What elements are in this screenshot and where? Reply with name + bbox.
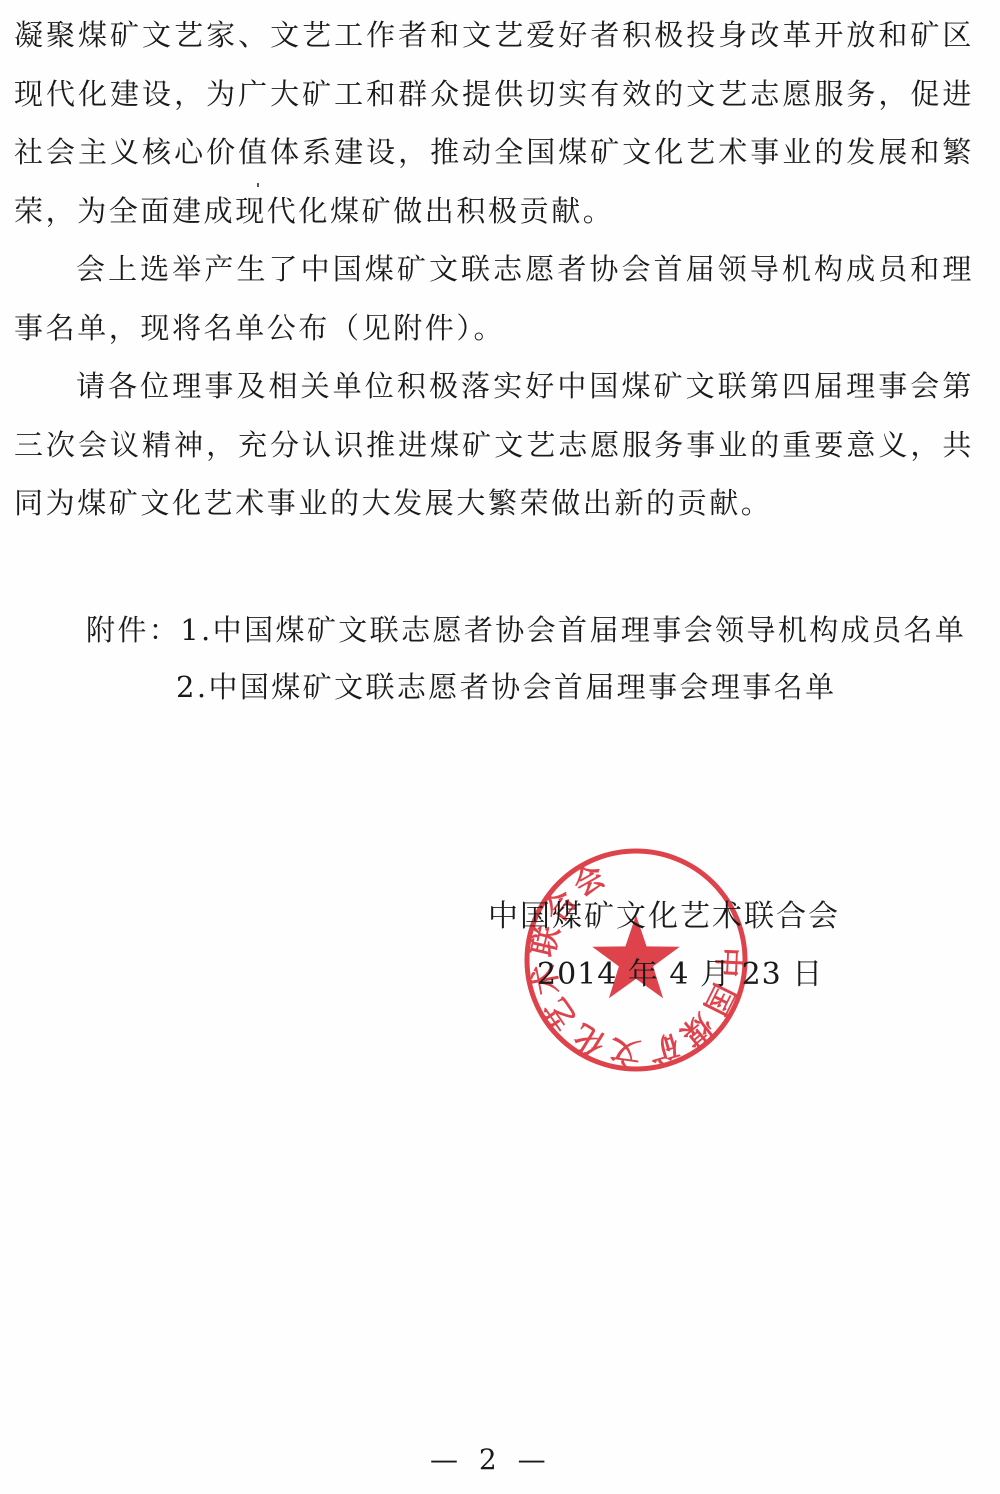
body-paragraph-3: 请各位理事及相关单位积极落实好中国煤矿文联第四届理事会第三次会议精神，充分认识推… xyxy=(14,357,974,533)
signature-date: 2014 年 4 月 23 日 xyxy=(537,955,823,995)
document-page: 凝聚煤矿文艺家、文艺工作者和文艺爱好者积极投身改革开放和矿区现代化建设，为广大矿… xyxy=(0,0,1000,1494)
attachment-line-2: 2.中国煤矿文联志愿者协会首届理事会理事名单 xyxy=(176,667,836,707)
attachment-item-1: 1.中国煤矿文联志愿者协会首届理事会领导机构成员名单 xyxy=(180,613,966,647)
attachment-line-1: 附件：1.中国煤矿文联志愿者协会首届理事会领导机构成员名单 xyxy=(86,610,966,650)
body-paragraph-1: 凝聚煤矿文艺家、文艺工作者和文艺爱好者积极投身改革开放和矿区现代化建设，为广大矿… xyxy=(14,6,974,240)
attachment-item-2: 2.中国煤矿文联志愿者协会首届理事会理事名单 xyxy=(176,670,836,704)
page-number: — 2 — xyxy=(430,1440,552,1480)
attachment-label: 附件： xyxy=(86,613,180,647)
scan-artifact-dot xyxy=(257,183,259,187)
body-paragraph-2: 会上选举产生了中国煤矿文联志愿者协会首届领导机构成员和理事名单，现将名单公布（见… xyxy=(14,240,974,357)
signature-organization: 中国煤矿文化艺术联合会 xyxy=(488,897,840,937)
